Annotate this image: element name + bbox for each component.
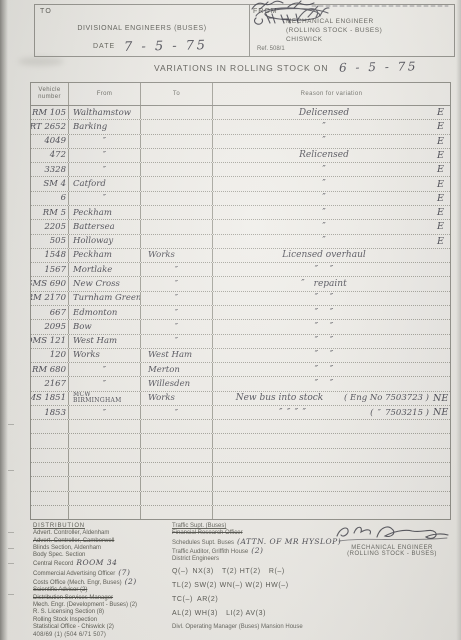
- from-cell: ″: [69, 149, 141, 162]
- reason-cell: ″ ″: [213, 320, 450, 333]
- table-row: 667Edmonton″″ ″: [31, 306, 450, 320]
- traffic-item-text: District Engineers: [172, 556, 219, 562]
- to-cell: [141, 492, 213, 505]
- column-header-vehicle: Vehicle number: [31, 83, 69, 105]
- reason-text: Relicensed: [215, 150, 433, 160]
- to-cell: ″: [141, 263, 213, 276]
- distribution-title: DISTRIBUTION: [33, 523, 175, 530]
- to-cell: [141, 206, 213, 219]
- licence-mark: E: [433, 121, 448, 132]
- to-cell: [141, 449, 213, 462]
- table-row: 1853″″″ ″ ″ ″( ″ 7503215 )NE: [31, 406, 450, 420]
- distribution-item-text: Scientific Advisor (2): [33, 587, 87, 593]
- reason-text: ″ ″: [215, 365, 433, 375]
- distribution-item: Statistical Office - Chiswick (2): [33, 624, 175, 631]
- from-cell: MCW BIRMINGHAM: [69, 392, 141, 405]
- from-cell: Catford: [69, 177, 141, 190]
- vehicle-cell: [31, 506, 69, 519]
- handwritten-scribble-top: [248, 0, 456, 26]
- from-cell: Battersea: [69, 220, 141, 233]
- table-row: [31, 477, 450, 491]
- to-cell: West Ham: [141, 349, 213, 362]
- distribution-item: R. S. Licensing Section (8): [33, 609, 175, 616]
- reason-cell: ″ ″: [213, 363, 450, 376]
- licence-mark: E: [433, 136, 448, 147]
- reason-cell: ″E: [213, 192, 450, 205]
- vehicle-cell: 667: [31, 306, 69, 319]
- reason-cell: ″E: [213, 163, 450, 176]
- title-printed: VARIATIONS IN ROLLING STOCK ON: [154, 63, 328, 73]
- engine-number: ( ″ 7503215 ): [370, 408, 429, 418]
- table-row: 2167″Willesden″ ″: [31, 377, 450, 391]
- reason-cell: [213, 463, 450, 476]
- from-cell: Turnham Green: [69, 292, 141, 305]
- reason-text: ″: [215, 165, 433, 175]
- reason-text: Licensed overhaul: [215, 250, 433, 260]
- table-row: 6″″E: [31, 192, 450, 206]
- distribution-item-text: Mech. Engr. (Development - Buses) (2): [33, 602, 137, 608]
- reason-text: ″ ″ ″ ″: [215, 408, 370, 418]
- to-cell: [141, 163, 213, 176]
- vehicle-cell: 1853: [31, 406, 69, 419]
- reason-cell: ″ ″: [213, 349, 450, 362]
- vehicle-cell: 505: [31, 235, 69, 248]
- date-value-handwritten: 7 - 5 - 75: [124, 38, 208, 55]
- reason-text: ″: [215, 122, 433, 132]
- table-row: SM 4Catford″E: [31, 177, 450, 191]
- document-title: VARIATIONS IN ROLLING STOCK ON 6 - 5 - 7…: [0, 60, 461, 74]
- to-cell: [141, 120, 213, 133]
- vehicle-cell: 2095: [31, 320, 69, 333]
- table-row: RM 105WalthamstowDelicensedE: [31, 106, 450, 120]
- ref-number: Ref. 508/1: [257, 46, 285, 52]
- licence-mark: E: [433, 207, 448, 218]
- traffic-item: District Engineers: [172, 556, 334, 563]
- reason-cell: ″ ″ ″ ″( ″ 7503215 )NE: [213, 406, 450, 419]
- reason-text: ″ ″: [215, 293, 433, 303]
- to-box: TO DIVISIONAL ENGINEERS (BUSES) DATE 7 -…: [35, 5, 250, 56]
- to-cell: [141, 106, 213, 119]
- table-row: 2205Battersea″E: [31, 220, 450, 234]
- traffic-item: Traffic Auditor, Griffith House(2): [172, 547, 334, 556]
- vehicle-cell: [31, 434, 69, 447]
- table-row: 1567Mortlake″″ ″: [31, 263, 450, 277]
- distribution-item-text: Costs Office (Mech. Engr, Buses): [33, 580, 122, 586]
- from-cell: ″: [69, 363, 141, 376]
- reason-cell: ″ ″: [213, 306, 450, 319]
- handwritten-annotation: (2): [251, 546, 263, 555]
- to-cell: [141, 235, 213, 248]
- handwritten-annotation: (ATTN. OF MR HYSLOP): [237, 537, 341, 546]
- reason-cell: ″ repaint: [213, 277, 450, 290]
- recipient-line: DIVISIONAL ENGINEERS (BUSES): [35, 25, 249, 32]
- table-row: 472″RelicensedE: [31, 149, 450, 163]
- reason-text: ″ repaint: [215, 279, 433, 289]
- distribution-item: Scientific Advisor (2): [33, 587, 175, 594]
- reason-cell: RelicensedE: [213, 149, 450, 162]
- distribution-item-text: R. S. Licensing Section (8): [33, 609, 104, 615]
- vehicle-cell: DMS 1851: [31, 392, 69, 405]
- margin-mark: [8, 424, 14, 425]
- vehicle-cell: [31, 492, 69, 505]
- vehicle-cell: DMS 121: [31, 335, 69, 348]
- reason-cell: [213, 449, 450, 462]
- from-cell: Mortlake: [69, 263, 141, 276]
- table-row: 4049″″E: [31, 135, 450, 149]
- licence-mark: E: [433, 107, 448, 118]
- from-cell: [69, 449, 141, 462]
- licence-mark: E: [433, 179, 448, 190]
- table-row: [31, 434, 450, 448]
- distribution-item-text: Rolling Stock Inspection: [33, 617, 97, 623]
- licence-mark: NE: [433, 393, 448, 404]
- table-row: [31, 463, 450, 477]
- distribution-item: Advert. Controller, Aldenham: [33, 530, 175, 537]
- distribution-items: Advert. Controller, AldenhamAdvert. Cont…: [33, 530, 175, 631]
- distribution-item: Central RecordROOM 34: [33, 559, 175, 568]
- to-cell: [141, 506, 213, 519]
- table-row: 2095Bow″″ ″: [31, 320, 450, 334]
- from-cell: Peckham: [69, 249, 141, 262]
- to-cell: [141, 420, 213, 433]
- scan-edge-right: [456, 0, 461, 640]
- from-cell: Bow: [69, 320, 141, 333]
- traffic-item-text: Financial Research Officer: [172, 530, 243, 536]
- table-row: DMS 1851MCW BIRMINGHAMWorksNew bus into …: [31, 392, 450, 406]
- to-cell: Willesden: [141, 377, 213, 390]
- reason-text: New bus into stock: [215, 393, 344, 403]
- distribution-item-text: Central Record: [33, 561, 73, 567]
- district-code-line: TC(–) AR(2): [172, 596, 334, 603]
- vehicle-cell: RM 2170: [31, 292, 69, 305]
- column-header-to: To: [141, 83, 213, 105]
- reason-cell: ″E: [213, 235, 450, 248]
- to-cell: [141, 463, 213, 476]
- from-cell: ″: [69, 192, 141, 205]
- from-cell: Walthamstow: [69, 106, 141, 119]
- reason-cell: ″E: [213, 220, 450, 233]
- vehicle-cell: RM 680: [31, 363, 69, 376]
- licence-mark: E: [433, 221, 448, 232]
- to-cell: [141, 477, 213, 490]
- distribution-item: Rolling Stock Inspection: [33, 617, 175, 624]
- to-cell: ″: [141, 406, 213, 419]
- to-cell: ″: [141, 292, 213, 305]
- signatory-title-2: (ROLLING STOCK - BUSES): [328, 551, 456, 557]
- to-label: TO: [40, 8, 52, 15]
- handwritten-annotation: (7): [118, 568, 130, 577]
- vehicle-cell: 472: [31, 149, 69, 162]
- distribution-item: Commercial Advertising Officer(7): [33, 569, 175, 578]
- to-cell: ″: [141, 306, 213, 319]
- to-cell: ″: [141, 277, 213, 290]
- reason-text: ″: [215, 208, 433, 218]
- reason-text: ″: [215, 193, 433, 203]
- margin-mark: [8, 563, 14, 564]
- reason-cell: [213, 434, 450, 447]
- distribution-item-text: Distribution Services Manager: [33, 595, 113, 601]
- from-cell: [69, 463, 141, 476]
- table-row: 505Holloway″E: [31, 235, 450, 249]
- reason-text: ″: [215, 179, 433, 189]
- traffic-item-text: Traffic Supt. (Buses): [172, 523, 226, 529]
- reason-text: ″: [215, 236, 433, 246]
- reason-cell: DelicensedE: [213, 106, 450, 119]
- vehicle-cell: RT 2652: [31, 120, 69, 133]
- reason-cell: [213, 420, 450, 433]
- reason-text: ″: [215, 222, 433, 232]
- variations-table: Vehicle number From To Reason for variat…: [30, 82, 451, 520]
- traffic-item: Traffic Supt. (Buses): [172, 523, 334, 530]
- reason-cell: [213, 477, 450, 490]
- operating-manager-line: Divl. Operating Manager (Buses) Mansion …: [172, 624, 334, 631]
- vehicle-cell: [31, 420, 69, 433]
- distribution-list: DISTRIBUTION Advert. Controller, Aldenha…: [33, 523, 175, 639]
- scan-edge-left: [0, 0, 8, 640]
- signature-block: MECHANICAL ENGINEER (ROLLING STOCK - BUS…: [328, 521, 456, 557]
- distribution-item: Blinds Section, Aldenham: [33, 545, 175, 552]
- from-cell: [69, 420, 141, 433]
- to-cell: ″: [141, 335, 213, 348]
- table-row: SMS 690New Cross″″ repaint: [31, 277, 450, 291]
- reason-text: ″ ″: [215, 265, 433, 275]
- reason-cell: ″ ″: [213, 292, 450, 305]
- from-cell: Barking: [69, 120, 141, 133]
- to-cell: [141, 135, 213, 148]
- margin-mark: [8, 532, 14, 533]
- from-cell: ″: [69, 377, 141, 390]
- vehicle-cell: [31, 463, 69, 476]
- table-row: DMS 121West Ham″″ ″: [31, 335, 450, 349]
- distribution-item: Advert. Controller, Camberwell: [33, 538, 175, 545]
- district-code-line: Q(–) NX(3) T(2) HT(2) R(–): [172, 568, 334, 575]
- reason-cell: ″E: [213, 206, 450, 219]
- reason-text: ″ ″: [215, 336, 433, 346]
- distribution-item: Costs Office (Mech. Engr, Buses)(2): [33, 578, 175, 587]
- vehicle-cell: SMS 690: [31, 277, 69, 290]
- to-cell: [141, 434, 213, 447]
- reason-cell: Licensed overhaul: [213, 249, 450, 262]
- sender-line-3: CHISWICK: [286, 35, 382, 44]
- table-row: RT 2652Barking″E: [31, 120, 450, 134]
- table-row: 120WorksWest Ham″ ″: [31, 349, 450, 363]
- table-row: [31, 492, 450, 506]
- to-cell: Works: [141, 249, 213, 262]
- from-cell: West Ham: [69, 335, 141, 348]
- distribution-item-text: Statistical Office - Chiswick (2): [33, 624, 114, 630]
- vehicle-cell: 6: [31, 192, 69, 205]
- from-cell: [69, 477, 141, 490]
- to-cell: Works: [141, 392, 213, 405]
- to-cell: [141, 192, 213, 205]
- from-cell: ″: [69, 163, 141, 176]
- vehicle-cell: RM 105: [31, 106, 69, 119]
- margin-mark: [8, 594, 14, 595]
- reason-cell: ″E: [213, 120, 450, 133]
- handwritten-annotation: ROOM 34: [76, 558, 117, 567]
- signature-scribble: [331, 521, 453, 545]
- distribution-item-text: Advert. Controller, Aldenham: [33, 530, 109, 536]
- vehicle-cell: 2205: [31, 220, 69, 233]
- reason-cell: ″ ″: [213, 335, 450, 348]
- distribution-item-text: Blinds Section, Aldenham: [33, 545, 101, 551]
- reason-text: ″ ″: [215, 322, 433, 332]
- vehicle-cell: 3328: [31, 163, 69, 176]
- from-cell: Edmonton: [69, 306, 141, 319]
- vehicle-cell: RM 5: [31, 206, 69, 219]
- traffic-items: Traffic Supt. (Buses)Financial Research …: [172, 523, 334, 563]
- form-code: 408/69 (1) (504 6/71 507): [33, 632, 175, 639]
- traffic-list: Traffic Supt. (Buses)Financial Research …: [172, 523, 334, 631]
- distribution-item-text: Commercial Advertising Officer: [33, 571, 115, 577]
- from-cell: New Cross: [69, 277, 141, 290]
- table-row: [31, 449, 450, 463]
- from-cell: ″: [69, 135, 141, 148]
- reason-cell: [213, 506, 450, 519]
- column-header-reason: Reason for variation: [213, 83, 450, 105]
- distribution-item: Mech. Engr. (Development - Buses) (2): [33, 602, 175, 609]
- distribution-item-text: Advert. Controller, Camberwell: [33, 538, 114, 544]
- title-date-handwritten: 6 - 5 - 75: [339, 59, 418, 74]
- district-engineer-codes: Q(–) NX(3) T(2) HT(2) R(–)TL(2) SW(2) WN…: [172, 568, 334, 617]
- from-cell: ″: [69, 406, 141, 419]
- distribution-item: Distribution Services Manager: [33, 595, 175, 602]
- reason-cell: ″ ″: [213, 377, 450, 390]
- vehicle-cell: SM 4: [31, 177, 69, 190]
- sender-line-2: (ROLLING STOCK - BUSES): [286, 26, 382, 35]
- reason-cell: [213, 492, 450, 505]
- to-cell: Merton: [141, 363, 213, 376]
- from-cell: [69, 492, 141, 505]
- date-label: DATE: [93, 43, 115, 50]
- table-row: [31, 420, 450, 434]
- scanned-document: TO DIVISIONAL ENGINEERS (BUSES) DATE 7 -…: [0, 0, 461, 640]
- table-body: RM 105WalthamstowDelicensedERT 2652Barki…: [31, 106, 450, 519]
- vehicle-cell: [31, 449, 69, 462]
- from-cell: Holloway: [69, 235, 141, 248]
- reason-cell: ″E: [213, 135, 450, 148]
- vehicle-cell: 1548: [31, 249, 69, 262]
- margin-mark: [8, 470, 14, 471]
- column-header-from: From: [69, 83, 141, 105]
- district-code-line: AL(2) WH(3) LI(2) AV(3): [172, 610, 334, 617]
- from-cell: [69, 506, 141, 519]
- reason-text: ″ ″: [215, 350, 433, 360]
- reason-text: ″: [215, 136, 433, 146]
- traffic-item-text: Schedules Supt. Buses: [172, 540, 234, 546]
- reason-cell: New bus into stock( Eng No 7503723 )NE: [213, 392, 450, 405]
- margin-mark: [8, 548, 14, 549]
- table-row: 1548PeckhamWorksLicensed overhaul: [31, 249, 450, 263]
- table-row: [31, 506, 450, 519]
- handwritten-annotation: (2): [125, 577, 137, 586]
- district-code-line: TL(2) SW(2) WN(–) W(2) HW(–): [172, 582, 334, 589]
- to-cell: [141, 220, 213, 233]
- date-line: DATE 7 - 5 - 75: [93, 39, 208, 54]
- vehicle-cell: 120: [31, 349, 69, 362]
- to-cell: [141, 177, 213, 190]
- vehicle-cell: [31, 477, 69, 490]
- reason-cell: ″ ″: [213, 263, 450, 276]
- footer: DISTRIBUTION Advert. Controller, Aldenha…: [0, 521, 461, 640]
- vehicle-cell: 1567: [31, 263, 69, 276]
- vehicle-cell: 2167: [31, 377, 69, 390]
- from-cell: Peckham: [69, 206, 141, 219]
- traffic-item-text: Traffic Auditor, Griffith House: [172, 549, 248, 555]
- from-cell: Works: [69, 349, 141, 362]
- table-row: RM 2170Turnham Green″″ ″: [31, 292, 450, 306]
- table-row: RM 5Peckham″E: [31, 206, 450, 220]
- reason-text: ″ ″: [215, 308, 433, 318]
- reason-text: Delicensed: [215, 108, 433, 118]
- table-row: 3328″″E: [31, 163, 450, 177]
- licence-mark: NE: [433, 407, 448, 418]
- table-row: RM 680″Merton″ ″: [31, 363, 450, 377]
- reason-text: ″ ″: [215, 379, 433, 389]
- vehicle-cell: 4049: [31, 135, 69, 148]
- to-cell: ″: [141, 320, 213, 333]
- licence-mark: E: [433, 193, 448, 204]
- distribution-item-text: Body Spec. Section: [33, 552, 85, 558]
- from-cell: [69, 434, 141, 447]
- table-header: Vehicle number From To Reason for variat…: [31, 83, 450, 106]
- engine-number: ( Eng No 7503723 ): [344, 393, 429, 403]
- reason-cell: ″E: [213, 177, 450, 190]
- licence-mark: E: [433, 150, 448, 161]
- licence-mark: E: [433, 164, 448, 175]
- licence-mark: E: [433, 236, 448, 247]
- to-cell: [141, 149, 213, 162]
